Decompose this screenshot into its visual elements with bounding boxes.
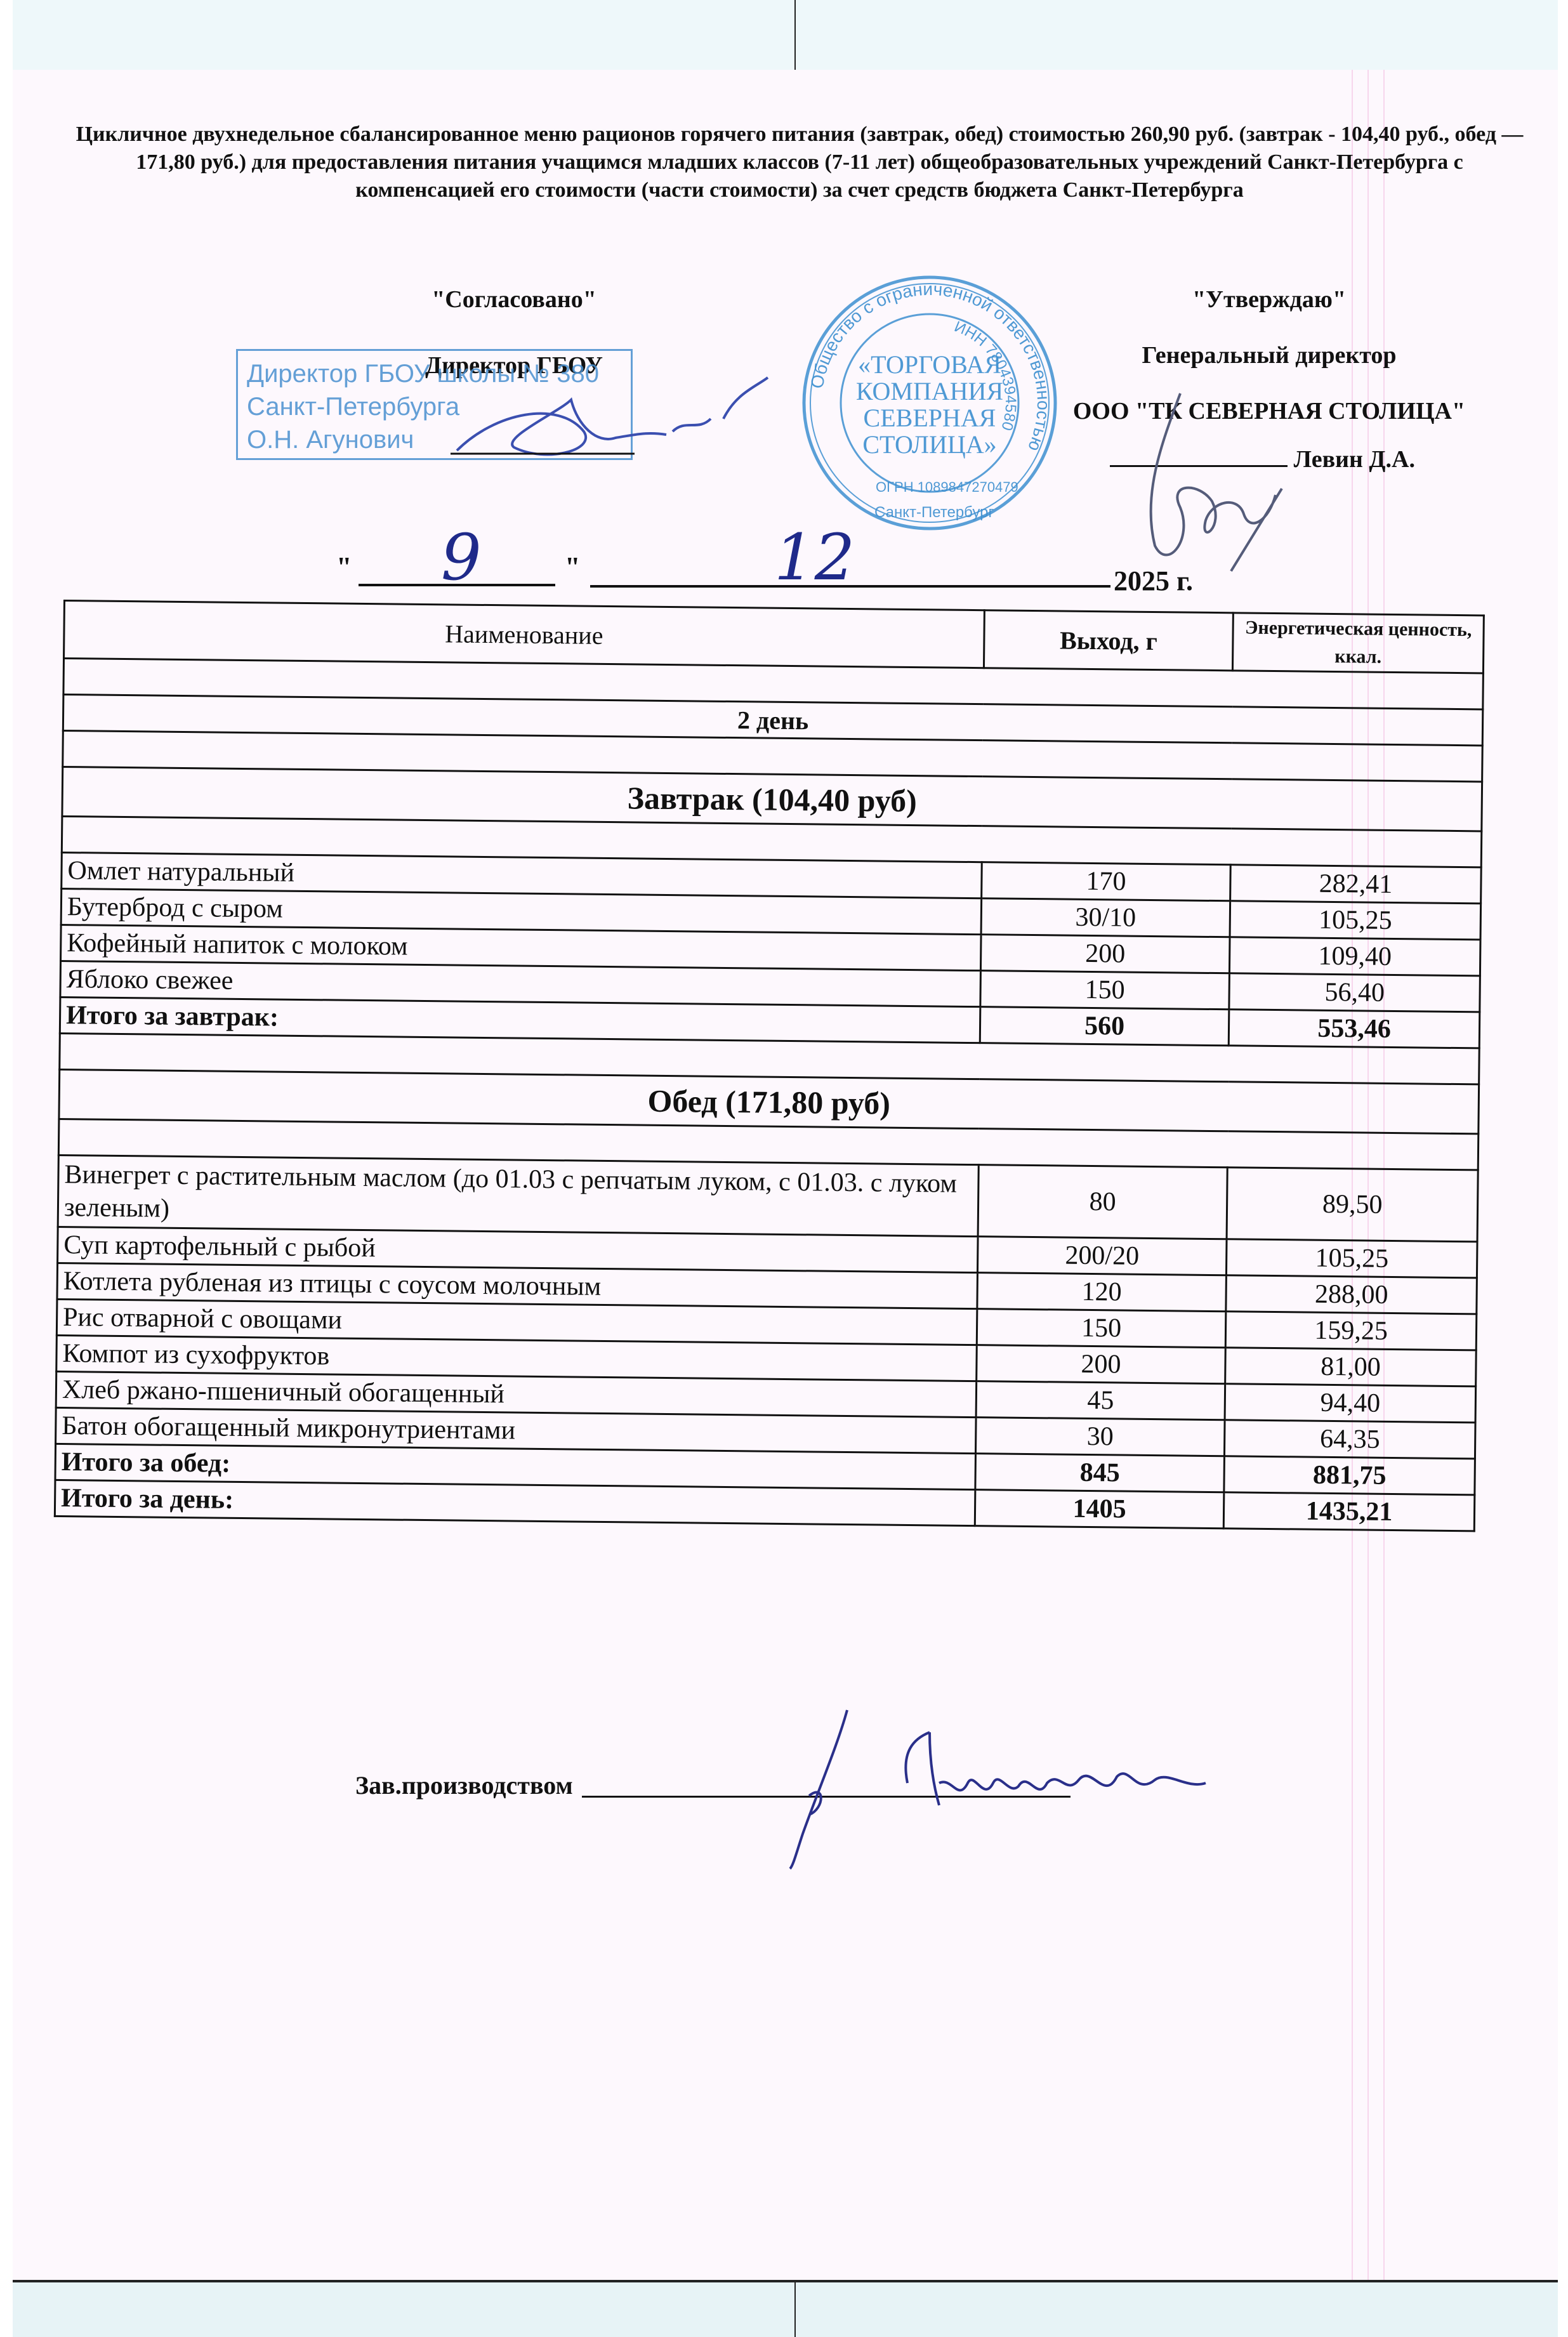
dish-yield: 170 xyxy=(982,862,1231,901)
signature-line xyxy=(582,1796,1071,1798)
dish-kcal: 159,25 xyxy=(1225,1312,1476,1350)
dish-yield: 45 xyxy=(976,1381,1225,1420)
date-year: 2025 г. xyxy=(1114,565,1193,597)
stamp-line: Директор ГБОУ школы № 380 xyxy=(247,357,622,390)
scanner-bed-bottom xyxy=(13,2280,1558,2337)
dish-yield: 200 xyxy=(977,1345,1226,1384)
total-yield: 1405 xyxy=(975,1490,1224,1529)
dish-yield: 120 xyxy=(977,1273,1227,1312)
header-energy: Энергетическая ценность, ккал. xyxy=(1233,613,1484,673)
company-seal: Общество с ограниченной ответственностью… xyxy=(800,273,1060,533)
dish-kcal: 109,40 xyxy=(1230,937,1480,976)
dish-kcal: 282,41 xyxy=(1230,865,1481,904)
approved-position: Генеральный директор xyxy=(1041,341,1498,369)
dish-name: Винегрет с растительным маслом (до 01.03… xyxy=(58,1155,978,1236)
scanner-seam xyxy=(794,0,796,70)
total-yield: 845 xyxy=(975,1454,1225,1492)
dish-kcal: 288,00 xyxy=(1226,1275,1477,1314)
dish-kcal: 105,25 xyxy=(1227,1239,1477,1278)
dish-yield: 30/10 xyxy=(981,899,1230,937)
seal-center-line: СТОЛИЦА» xyxy=(862,430,996,459)
dish-yield: 30 xyxy=(975,1418,1225,1456)
scanner-bed-top xyxy=(13,0,1558,70)
header-yield: Выход, г xyxy=(984,610,1233,671)
dish-kcal: 89,50 xyxy=(1227,1168,1478,1242)
seal-city: Санкт-Петербург xyxy=(874,504,994,521)
dish-kcal: 64,35 xyxy=(1225,1420,1475,1459)
approved-company: ООО "ТК СЕВЕРНАЯ СТОЛИЦА" xyxy=(1041,397,1498,425)
seal-center-line: «ТОРГОВАЯ xyxy=(858,350,1001,379)
stamp-line: О.Н. Агунович xyxy=(247,423,622,456)
approved-block: "Утверждаю" Генеральный директор ООО "ТК… xyxy=(1041,286,1498,473)
total-kcal: 881,75 xyxy=(1224,1456,1475,1495)
agreed-heading: "Согласовано" xyxy=(355,286,673,313)
dish-yield: 200 xyxy=(980,935,1230,973)
production-manager-signature: Зав.производством xyxy=(355,1770,1071,1800)
total-kcal: 553,46 xyxy=(1229,1010,1479,1048)
dish-yield: 150 xyxy=(977,1309,1226,1348)
seal-ogrn: ОГРН 1089847270479 xyxy=(876,479,1018,495)
dish-kcal: 94,40 xyxy=(1225,1384,1475,1423)
approved-signatory: Левин Д.А. xyxy=(1294,446,1415,473)
dish-kcal: 56,40 xyxy=(1229,973,1480,1012)
header-name: Наименование xyxy=(64,601,985,668)
seal-center-line: КОМПАНИЯ xyxy=(856,377,1003,405)
approved-heading: "Утверждаю" xyxy=(1041,286,1498,313)
date-quote-close: " xyxy=(565,551,580,583)
approved-signature-line: Левин Д.А. xyxy=(1041,445,1498,473)
scanner-seam xyxy=(794,2282,796,2337)
signature-line xyxy=(1110,465,1288,467)
dish-yield: 150 xyxy=(980,971,1230,1010)
production-manager-label: Зав.производством xyxy=(355,1771,573,1800)
dish-yield: 200/20 xyxy=(977,1237,1227,1275)
seal-center-line: СЕВЕРНАЯ xyxy=(864,404,996,432)
total-kcal: 1435,21 xyxy=(1223,1492,1474,1531)
menu-table: Наименование Выход, г Энергетическая цен… xyxy=(54,600,1485,1532)
school-director-stamp: Директор ГБОУ школы № 380 Санкт-Петербур… xyxy=(236,349,633,460)
dish-kcal: 81,00 xyxy=(1225,1348,1476,1386)
document-title: Цикличное двухнедельное сбалансированное… xyxy=(70,121,1529,204)
approval-date: " 9 " 12 2025 г. xyxy=(336,546,1263,596)
dish-yield: 80 xyxy=(978,1165,1228,1239)
dish-kcal: 105,25 xyxy=(1230,901,1480,940)
total-yield: 560 xyxy=(980,1007,1229,1046)
date-day: 9 xyxy=(441,520,482,595)
date-quote-open: " xyxy=(336,551,352,583)
stamp-line: Санкт-Петербурга xyxy=(247,390,622,423)
date-month: 12 xyxy=(774,520,855,595)
